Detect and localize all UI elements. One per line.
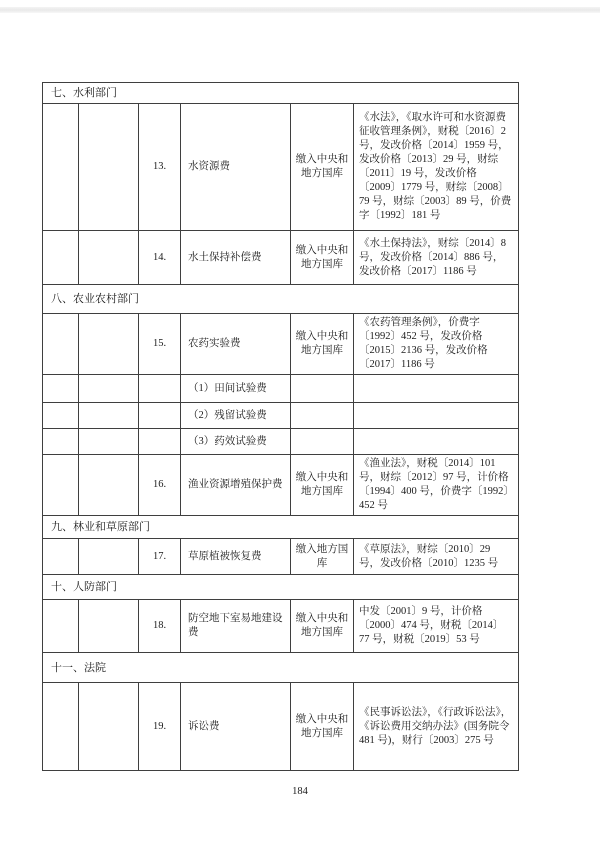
- table-row: （2）残留试验费: [43, 403, 519, 429]
- empty-cell: [79, 683, 139, 771]
- table-row: （1）田间试验费: [43, 375, 519, 403]
- row-number-cell: [139, 429, 181, 455]
- treasury-cell: [291, 403, 354, 429]
- legal-basis-cell: 《水土保持法》，财综〔2014〕8 号，发改价格〔2014〕886 号，发改价格…: [354, 231, 519, 285]
- empty-cell: [43, 403, 79, 429]
- empty-cell: [79, 403, 139, 429]
- section-title: 九、林业和草原部门: [43, 516, 519, 539]
- section-header-row: 十、人防部门: [43, 575, 519, 600]
- legal-basis-cell: [354, 429, 519, 455]
- fee-name-cell: （2）残留试验费: [181, 403, 291, 429]
- section-header-row: 十一、法院: [43, 653, 519, 683]
- row-number-cell: 16.: [139, 455, 181, 516]
- legal-basis-cell: 《渔业法》，财税〔2014〕101 号，财综〔2012〕97 号，计价格〔199…: [354, 455, 519, 516]
- legal-basis-cell: 《农药管理条例》，价费字〔1992〕452 号，发改价格〔2015〕2136 号…: [354, 314, 519, 375]
- empty-cell: [79, 104, 139, 231]
- fee-name-cell: 草原植被恢复费: [181, 539, 291, 575]
- fee-name-cell: 农药实验费: [181, 314, 291, 375]
- section-title: 八、农业农村部门: [43, 285, 519, 314]
- legal-basis-cell: [354, 403, 519, 429]
- empty-cell: [43, 429, 79, 455]
- fee-name-cell: 水资源费: [181, 104, 291, 231]
- section-header-row: 八、农业农村部门: [43, 285, 519, 314]
- treasury-cell: 缴入地方国库: [291, 539, 354, 575]
- section-header-row: 七、水利部门: [43, 83, 519, 104]
- document-page: 七、水利部门 13. 水资源费 缴入中央和地方国库 《水法》，《取水许可和水资源…: [0, 0, 600, 848]
- table-row: （3）药效试验费: [43, 429, 519, 455]
- empty-cell: [79, 314, 139, 375]
- empty-cell: [43, 539, 79, 575]
- treasury-cell: 缴入中央和地方国库: [291, 104, 354, 231]
- table-row: 18. 防空地下室易地建设费 缴入中央和地方国库 中发〔2001〕9 号，计价格…: [43, 600, 519, 653]
- section-title: 七、水利部门: [43, 83, 519, 104]
- empty-cell: [79, 429, 139, 455]
- empty-cell: [43, 455, 79, 516]
- row-number-cell: [139, 403, 181, 429]
- treasury-cell: [291, 375, 354, 403]
- empty-cell: [79, 600, 139, 653]
- fee-name-cell: 水土保持补偿费: [181, 231, 291, 285]
- row-number-cell: 18.: [139, 600, 181, 653]
- treasury-cell: 缴入中央和地方国库: [291, 683, 354, 771]
- section-title: 十、人防部门: [43, 575, 519, 600]
- section-title: 十一、法院: [43, 653, 519, 683]
- row-number-cell: 15.: [139, 314, 181, 375]
- empty-cell: [43, 600, 79, 653]
- empty-cell: [43, 231, 79, 285]
- page-top-scan-shadow: [0, 7, 600, 13]
- treasury-cell: 缴入中央和地方国库: [291, 314, 354, 375]
- legal-basis-cell: [354, 375, 519, 403]
- section-header-row: 九、林业和草原部门: [43, 516, 519, 539]
- legal-basis-cell: 《草原法》，财综〔2010〕29 号，发改价格〔2010〕1235 号: [354, 539, 519, 575]
- empty-cell: [79, 231, 139, 285]
- row-number-cell: [139, 375, 181, 403]
- treasury-cell: 缴入中央和地方国库: [291, 600, 354, 653]
- empty-cell: [79, 375, 139, 403]
- empty-cell: [43, 375, 79, 403]
- table-row: 16. 渔业资源增殖保护费 缴入中央和地方国库 《渔业法》，财税〔2014〕10…: [43, 455, 519, 516]
- empty-cell: [43, 314, 79, 375]
- fee-name-cell: 防空地下室易地建设费: [181, 600, 291, 653]
- fee-name-cell: （1）田间试验费: [181, 375, 291, 403]
- legal-basis-cell: 《水法》，《取水许可和水资源费征收管理条例》，财税〔2016〕2 号，发改价格〔…: [354, 104, 519, 231]
- treasury-cell: 缴入中央和地方国库: [291, 231, 354, 285]
- table-row: 19. 诉讼费 缴入中央和地方国库 《民事诉讼法》，《行政诉讼法》，《诉讼费用交…: [43, 683, 519, 771]
- fee-name-cell: （3）药效试验费: [181, 429, 291, 455]
- legal-basis-cell: 中发〔2001〕9 号，计价格〔2000〕474 号，财税〔2014〕77 号，…: [354, 600, 519, 653]
- row-number-cell: 17.: [139, 539, 181, 575]
- empty-cell: [79, 539, 139, 575]
- table-row: 14. 水土保持补偿费 缴入中央和地方国库 《水土保持法》，财综〔2014〕8 …: [43, 231, 519, 285]
- table-row: 17. 草原植被恢复费 缴入地方国库 《草原法》，财综〔2010〕29 号，发改…: [43, 539, 519, 575]
- empty-cell: [43, 104, 79, 231]
- legal-basis-cell: 《民事诉讼法》，《行政诉讼法》，《诉讼费用交纳办法》(国务院令 481 号)，财…: [354, 683, 519, 771]
- empty-cell: [79, 455, 139, 516]
- fee-table: 七、水利部门 13. 水资源费 缴入中央和地方国库 《水法》，《取水许可和水资源…: [42, 82, 519, 771]
- fee-name-cell: 渔业资源增殖保护费: [181, 455, 291, 516]
- table-row: 15. 农药实验费 缴入中央和地方国库 《农药管理条例》，价费字〔1992〕45…: [43, 314, 519, 375]
- empty-cell: [43, 683, 79, 771]
- row-number-cell: 19.: [139, 683, 181, 771]
- fee-name-cell: 诉讼费: [181, 683, 291, 771]
- treasury-cell: [291, 429, 354, 455]
- page-number: 184: [0, 786, 600, 797]
- row-number-cell: 13.: [139, 104, 181, 231]
- treasury-cell: 缴入中央和地方国库: [291, 455, 354, 516]
- table-row: 13. 水资源费 缴入中央和地方国库 《水法》，《取水许可和水资源费征收管理条例…: [43, 104, 519, 231]
- row-number-cell: 14.: [139, 231, 181, 285]
